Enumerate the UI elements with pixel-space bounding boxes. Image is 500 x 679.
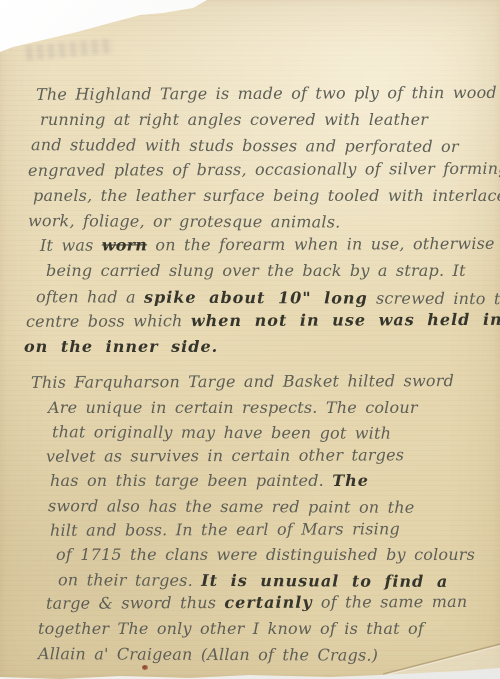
handwritten-text: often had a	[36, 287, 144, 306]
handwritten-text: being carried slung over the back by a s…	[46, 261, 466, 280]
handwritten-text: It is unusual to find a	[201, 571, 448, 591]
handwritten-text: on the forearm when in use, otherwise	[147, 234, 495, 255]
handwritten-text: running at right angles covered with lea…	[40, 110, 428, 129]
handwritten-text: certainly	[224, 593, 312, 612]
handwritten-text: and studded with studs bosses and perfor…	[31, 136, 459, 157]
handwritten-text: spike about 10" long	[144, 287, 368, 307]
handwritten-text: targe & sword thus	[46, 593, 224, 613]
handwritten-line: Are unique in certain respects. The colo…	[0, 396, 500, 421]
handwritten-line: panels, the leather surface being tooled…	[0, 183, 500, 208]
handwritten-text: when not in use was held in a sheath	[191, 309, 500, 330]
handwritten-text: of the same man	[313, 592, 468, 612]
handwritten-text: engraved plates of brass, occasionally o…	[28, 158, 500, 179]
handwritten-text: that originally may have been got with	[52, 422, 391, 442]
handwritten-line: centre boss which when not in use was he…	[0, 307, 500, 334]
handwritten-text: of 1715 the clans were distinguished by …	[56, 545, 475, 564]
handwritten-line: engraved plates of brass, occasionally o…	[0, 155, 500, 182]
handwritten-text: hilt and boss. In the earl of Mars risin…	[50, 519, 400, 540]
handwritten-text: centre boss which	[26, 311, 191, 331]
handwritten-line: on the inner side.	[0, 334, 500, 359]
scanned-page: { "colors": { "paper": "#e8dab4", "paper…	[0, 0, 500, 679]
handwritten-text: sword also has the same red paint on the	[48, 496, 414, 517]
handwritten-line: velvet as survives in certain other targ…	[0, 443, 500, 470]
handwritten-line: of 1715 the clans were distinguished by …	[0, 543, 500, 568]
handwritten-line: It was worn on the forearm when in use, …	[0, 231, 500, 258]
handwritten-text: together The only other I know of is tha…	[38, 619, 424, 638]
handwritten-line: has on this targe been painted. The	[0, 469, 500, 494]
handwritten-line: together The only other I know of is tha…	[0, 617, 500, 642]
handwritten-text: on their targes.	[58, 570, 201, 590]
handwritten-text: screwed into the	[368, 288, 500, 308]
handwritten-line: targe & sword thus certainly of the same…	[0, 590, 500, 617]
paragraph-1: The Highland Targe is made of two ply of…	[0, 82, 500, 359]
faint-stamp-mark	[26, 38, 115, 61]
handwritten-text: This Farquharson Targe and Basket hilted…	[31, 371, 454, 392]
handwritten-line: being carried slung over the back by a s…	[0, 258, 500, 283]
handwritten-text: Allain a' Craigean (Allan of the Crags.)	[38, 644, 378, 664]
handwritten-text: velvet as survives in certain other targ…	[46, 445, 404, 466]
handwritten-line: The Highland Targe is made of two ply of…	[0, 80, 500, 107]
handwritten-line: running at right angles covered with lea…	[0, 107, 500, 132]
paper-sheet: The Highland Targe is made of two ply of…	[0, 0, 500, 679]
handwritten-text: worn	[102, 235, 147, 254]
handwritten-text: work, foliage, or grotesque animals.	[28, 211, 341, 231]
handwritten-text: panels, the leather surface being tooled…	[33, 186, 500, 205]
handwritten-text: The Highland Targe is made of two ply of…	[36, 83, 497, 104]
ink-spot	[142, 665, 148, 670]
handwritten-text: on the inner side.	[24, 337, 218, 356]
handwritten-text: The	[332, 471, 369, 490]
handwritten-line: This Farquharson Targe and Basket hilted…	[0, 369, 500, 396]
handwritten-text: has on this targe been painted.	[50, 471, 332, 490]
handwritten-line: hilt and boss. In the earl of Mars risin…	[0, 516, 500, 543]
handwritten-line: Allain a' Craigean (Allan of the Crags.)	[0, 642, 500, 669]
handwritten-text: Are unique in certain respects. The colo…	[48, 398, 418, 417]
paragraph-2: This Farquharson Targe and Basket hilted…	[0, 371, 500, 666]
handwritten-text: It was	[40, 236, 102, 255]
